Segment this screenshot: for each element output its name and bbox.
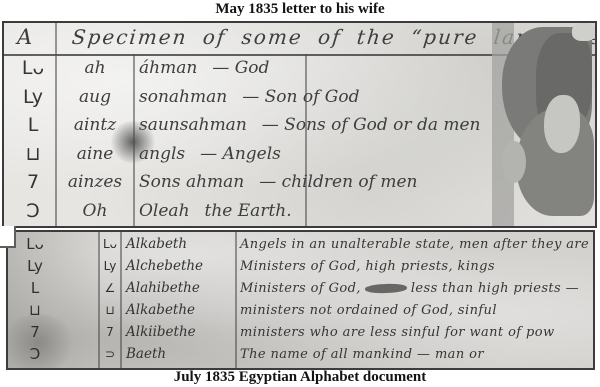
character-name: Alkabethe <box>126 302 195 318</box>
top-caption: May 1835 letter to his wife <box>0 1 600 18</box>
character-glyph: L <box>12 114 54 136</box>
character-glyph-small: Lᴗ <box>102 237 118 251</box>
alphabet-table-row: 7 7 Alkiibethe ministers who are less si… <box>8 322 593 344</box>
term-and-definition: Oleahthe Earth. <box>139 201 292 221</box>
definition: — Son of God <box>242 87 359 107</box>
torn-corner-notch <box>0 226 16 248</box>
definition: Ministers of God, high priests, kings <box>240 259 495 274</box>
definition: — God <box>212 58 269 78</box>
character-name: Alkabeth <box>126 236 187 252</box>
character-name: Alahibethe <box>126 280 200 296</box>
character-glyph-large: Ɔ <box>18 345 52 363</box>
character-glyph-large: Lᴗ <box>18 235 52 253</box>
alphabet-table-row: Ly Ly Alchebethe Ministers of God, high … <box>8 256 593 278</box>
pure-language-word: Oh <box>58 201 132 221</box>
definition-text: Angels in an unalterable state, men afte… <box>240 237 589 252</box>
pure-language-word: ah <box>58 58 132 78</box>
term-and-definition: Sons ahman— children of men <box>139 172 417 192</box>
definition: — children of men <box>259 172 417 192</box>
character-glyph-small: ⊃ <box>102 347 118 361</box>
pure-language-word: ainzes <box>58 172 132 192</box>
character-glyph-small: 7 <box>102 325 118 339</box>
definition-text: The name of all mankind — man or <box>240 347 484 362</box>
character-glyph-large: L <box>18 279 52 297</box>
term: Oleah <box>139 201 190 221</box>
term-and-definition: saunsahman— Sons of God or da men <box>139 115 481 135</box>
header-character-glyph: A <box>17 25 32 49</box>
alphabet-table-row: L ∠ Alahibethe Ministers of God,less tha… <box>8 278 593 300</box>
term: Sons ahman <box>139 172 244 192</box>
definition-text: Ministers of God, <box>240 281 361 296</box>
paper-tear-patch <box>544 95 580 153</box>
definition: ministers not ordained of God, sinful <box>240 303 497 318</box>
character-name: Alkiibethe <box>126 324 196 340</box>
character-glyph: Ly <box>12 86 54 108</box>
character-glyph: Ɔ <box>12 200 54 222</box>
definition-text: Ministers of God, high priests, kings <box>240 259 495 274</box>
alphabet-table-row: Ɔ ⊃ Baeth The name of all mankind — man … <box>8 344 593 366</box>
character-name: Alchebethe <box>126 258 203 274</box>
alphabet-table-row: ⊔ ⊔ Alkabethe ministers not ordained of … <box>8 300 593 322</box>
definition-continued: less than high priests — <box>411 281 579 296</box>
term-and-definition: angls— Angels <box>139 144 281 164</box>
character-glyph-small: Ly <box>102 259 118 273</box>
definition: the Earth. <box>205 201 292 221</box>
character-glyph-large: ⊔ <box>18 301 52 319</box>
character-glyph-large: 7 <box>18 323 52 341</box>
alphabet-table-row: Lᴗ Lᴗ Alkabeth Angels in an unalterable … <box>8 234 593 256</box>
character-glyph: Lᴗ <box>12 57 54 79</box>
definition: — Angels <box>200 144 281 164</box>
definition: Ministers of God,less than high priests … <box>240 281 579 296</box>
scanned-documents-page: { "captions": { "top": "May 1835 letter … <box>0 0 600 387</box>
character-name: Baeth <box>126 346 166 362</box>
definition: The name of all mankind — man or <box>240 347 484 362</box>
pure-language-word: aug <box>58 87 132 107</box>
definition: — Sons of God or da men <box>262 115 481 135</box>
term-and-definition: áhman— God <box>139 58 269 78</box>
character-glyph: ⊔ <box>12 143 54 165</box>
definition-text: ministers not ordained of God, sinful <box>240 303 497 318</box>
alphabet-rows: Lᴗ Lᴗ Alkabeth Angels in an unalterable … <box>8 234 593 366</box>
term: saunsahman <box>139 115 247 135</box>
definition: Angels in an unalterable state, men afte… <box>240 237 589 252</box>
term: sonahman <box>139 87 227 107</box>
character-glyph-large: Ly <box>18 257 52 275</box>
character-glyph-small: ∠ <box>102 281 118 295</box>
character-glyph-small: ⊔ <box>102 303 118 317</box>
paper-tear-patch <box>572 23 596 41</box>
letter-document: A Specimen of some of the “pure language… <box>2 21 597 228</box>
scribble-mark <box>365 283 407 293</box>
definition: ministers who are less sinful for want o… <box>240 325 555 340</box>
term: áhman <box>139 58 197 78</box>
character-glyph: 7 <box>12 171 54 193</box>
definition-text: ministers who are less sinful for want o… <box>240 325 555 340</box>
ink-smudge <box>110 121 156 163</box>
alphabet-document: Lᴗ Lᴗ Alkabeth Angels in an unalterable … <box>6 230 595 370</box>
term-and-definition: sonahman— Son of God <box>139 87 359 107</box>
bottom-caption: July 1835 Egyptian Alphabet document <box>0 369 600 386</box>
paper-tear-patch <box>502 141 526 183</box>
